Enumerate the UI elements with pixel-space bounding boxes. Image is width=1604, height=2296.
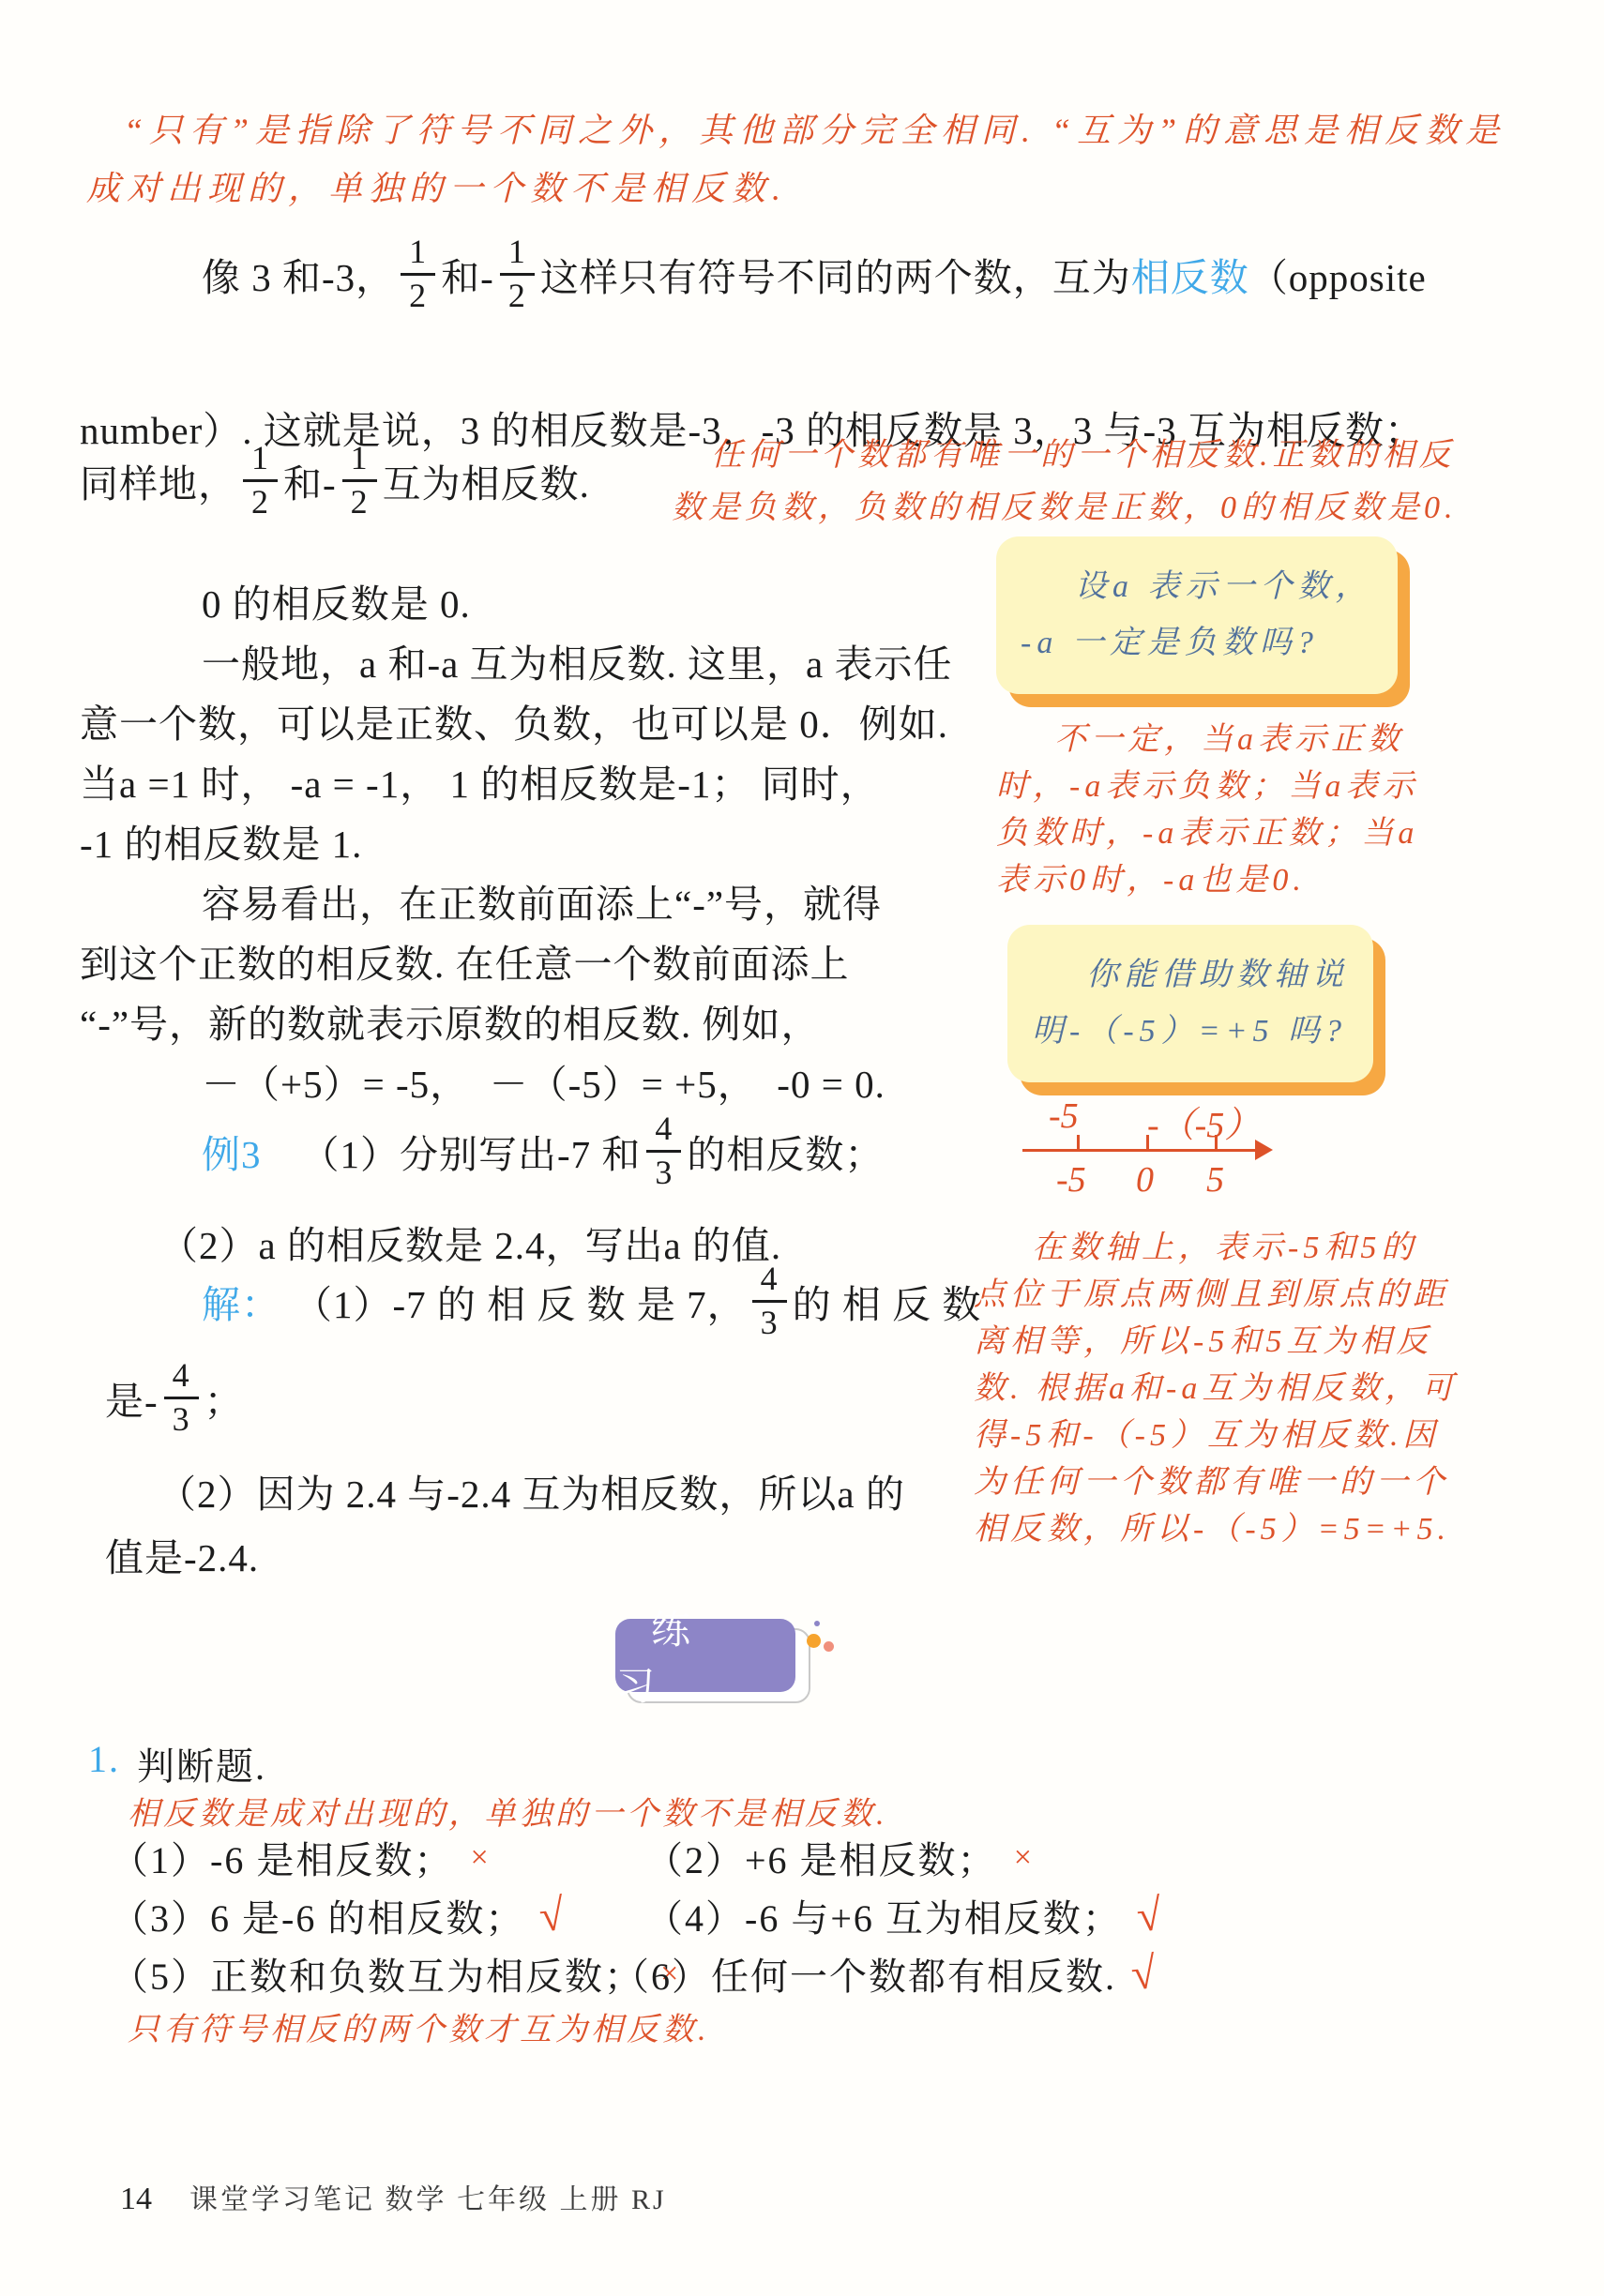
exercise1-item-2: （2）+6 是相反数； × [645,1831,1036,1884]
item-text: （6）任何一个数都有相反数. [612,1947,1116,2001]
text-run: 像 3 和-3， [202,247,395,302]
handwritten-note-only-sign: 只有符号相反的两个数才互为相反数. [128,2003,710,2049]
text-run: 互为相反数. [383,453,590,508]
body-line: 容易看出，在正数前面添上“-”号，就得 [80,874,953,934]
body-line: “-”号，新的数就表示原数的相反数. 例如， [80,994,953,1054]
decoration-dot-purple [814,1621,820,1626]
numberline-label-neg5-top: -5 [1049,1095,1079,1137]
numberline-axis [1022,1149,1257,1152]
body-line: 意一个数，可以是正数、负数，也可以是 0．例如. [80,694,953,754]
example3-line1: 例3 （1）分别写出-7 和 4 3 的相反数； [202,1111,884,1191]
item-text: （2）+6 是相反数； [645,1831,997,1884]
footer-text: 课堂学习笔记 数学 七年级 上册 RJ [189,2176,667,2217]
callout-line: -a 一定是负数吗? [1021,615,1373,672]
textbook-page: { "colors": { "handwriting_red": "#dd522… [0,0,1604,2296]
handwritten-note-top: “只有”是指除了符号不同之外，其他部分完全相同. “互为”的意思是相反数是 成对… [86,101,1521,218]
exercise1-item-1: （1）-6 是相反数； × [111,1831,492,1884]
fraction-one-half: 1 2 [342,441,377,521]
paragraph-opposite-def-line1: 像 3 和-3， 1 2 和- 1 2 这样只有符号不同的两个数，互为 相反数 … [202,234,1427,314]
solution-line2: 是- 4 3 ； [105,1358,244,1438]
page-footer: 14 课堂学习笔记 数学 七年级 上册 RJ [120,2176,667,2217]
note-line: 任何一个数都有唯一的一个相反数.正数的相反 [672,430,1458,482]
text-run: 和- [283,453,337,508]
exercise1-item-6: （6）任何一个数都有相反数. √ [612,1947,1158,2001]
fraction-one-half: 1 2 [243,441,278,521]
check-mark: √ [1128,1947,1160,2001]
answer-line: 得-5和-（-5）互为相反数.因 [974,1412,1458,1459]
decoration-dot-pink [824,1641,834,1652]
handwritten-note-unique-opposite: 任何一个数都有唯一的一个相反数.正数的相反 数是负数，负数的相反数是正数，0的相… [672,430,1458,535]
item-text: （1）-6 是相反数； [111,1831,453,1884]
decoration-dot-orange [807,1634,821,1648]
item-text: （4）-6 与+6 互为相反数； [645,1889,1122,1942]
example3-label: 例3 [202,1124,262,1179]
practice-button: 练 习 [615,1619,795,1692]
fraction-one-half: 1 2 [401,234,435,314]
handwritten-answer-number-axis: 在数轴上，表示-5和5的 点位于原点两侧且到原点的距 离相等，所以-5和5互为相… [974,1225,1458,1553]
handwritten-answer-not-necessarily: 不一定，当a表示正数 时，-a表示负数；当a表示 负数时，-a表示正数；当a 表… [996,717,1418,904]
body-line: -1 的相反数是 1. [80,814,953,874]
text-run: （1）分别写出-7 和 [301,1124,642,1179]
answer-line: 时，-a表示负数；当a表示 [996,763,1418,810]
text-run: ； [204,1370,244,1426]
answer-line: 不一定，当a表示正数 [996,717,1418,763]
callout-line: 你能借助数轴说 [1032,947,1349,1004]
page-number: 14 [120,2182,152,2217]
body-line: 当a =1 时， -a = -1， 1 的相反数是-1； 同时， [80,754,953,814]
answer-line: 离相等，所以-5和5互为相反 [974,1319,1458,1366]
numberline-tick-label: -5 [1056,1159,1086,1201]
numberline-tick-label: 5 [1206,1159,1224,1201]
note-line: “只有”是指除了符号不同之外，其他部分完全相同. “互为”的意思是相反数是 [86,101,1521,159]
text-run: 和- [441,247,494,302]
callout-box-number-axis: 你能借助数轴说 明-（-5）=+5 吗? [1007,925,1373,1082]
answer-line: 点位于原点两侧且到原点的距 [974,1272,1458,1319]
solution-line1: 解： （1）-7 的 相 反 数 是 7， 4 3 的 相 反 数 [202,1261,981,1341]
text-run: （1）-7 的 相 反 数 是 7， [294,1274,747,1329]
item-text: （3）6 是-6 的相反数； [111,1889,524,1942]
fraction-one-half: 1 2 [500,234,535,314]
solution-line4: 值是-2.4. [105,1527,259,1582]
numberline-tick [1146,1135,1149,1150]
fraction-four-thirds: 4 3 [164,1358,199,1438]
exercise1-title: 1. 判断题. [88,1737,266,1790]
callout-line: 设a 表示一个数， [1021,559,1373,615]
callout-line: 明-（-5）=+5 吗? [1032,1004,1349,1060]
numberline-arrow [1255,1140,1273,1160]
exercise1-item-5: （5）正数和负数互为相反数； × [111,1947,682,2001]
check-mark: √ [1134,1889,1166,1943]
cross-mark: × [1012,1840,1036,1876]
handwritten-note-pairs: 相反数是成对出现的，单独的一个数不是相反数. [128,1788,888,1834]
cross-mark: × [468,1840,492,1876]
numberline-tick [1077,1135,1080,1150]
answer-line: 数. 根据a和-a互为相反数，可 [974,1366,1458,1412]
practice-section-header: 练 习 [615,1619,795,1692]
exercise1-item-3: （3）6 是-6 的相反数； √ [111,1889,567,1942]
text-run: 是- [105,1370,159,1426]
term-opposite-number: 相反数 [1131,247,1249,302]
text-run: 的 相 反 数 [793,1274,982,1329]
body-line: 到这个正数的相反数. 在任意一个数前面添上 [80,934,953,994]
negation-formula-line: －（+5）= -5， －（-5）= +5， -0 = 0. [202,1054,953,1114]
solution-label: 解： [202,1274,280,1329]
fraction-four-thirds: 4 3 [752,1261,787,1341]
text-run: 同样地， [80,453,237,508]
numberline-tick [1215,1135,1218,1150]
numberline-tick-label: 0 [1136,1159,1154,1201]
numberline-label-neg-neg5-top: -（-5） [1147,1095,1260,1147]
exercise1-item-4: （4）-6 与+6 互为相反数； √ [645,1889,1163,1942]
note-line: 成对出现的，单独的一个数不是相反数. [86,159,1521,218]
check-mark: √ [537,1889,569,1943]
paragraph-opposite-def-line3: 同样地， 1 2 和- 1 2 互为相反数. [80,441,590,521]
fraction-four-thirds: 4 3 [646,1111,681,1191]
exercise1-title-text: 判断题. [137,1737,266,1790]
answer-line: 为任何一个数都有唯一的一个 [974,1459,1458,1506]
note-line: 数是负数，负数的相反数是正数，0的相反数是0. [672,482,1458,535]
exercise1-number: 1. [88,1737,120,1790]
answer-line: 相反数，所以-（-5）=5=+5. [974,1506,1458,1553]
text-run: （opposite [1249,247,1427,302]
answer-line: 表示0时，-a也是0. [996,857,1418,904]
answer-line: 负数时，-a表示正数；当a [996,810,1418,857]
practice-label: 练 习 [615,1599,795,1712]
body-line: 0 的相反数是 0. [80,574,953,634]
text-run: 这样只有符号不同的两个数，互为 [540,247,1131,302]
text-run: 的相反数； [687,1124,884,1179]
answer-line: 在数轴上，表示-5和5的 [974,1225,1458,1272]
callout-box-is-neg-a-negative: 设a 表示一个数， -a 一定是负数吗? [996,536,1398,694]
main-paragraphs: 0 的相反数是 0. 一般地，a 和-a 互为相反数. 这里，a 表示任 意一个… [80,574,953,1114]
number-line-figure: -5 -（-5） -5 0 5 [1022,1095,1294,1199]
item-text: （5）正数和负数互为相反数； [111,1947,643,2001]
solution-line3: （2）因为 2.4 与-2.4 互为相反数，所以a 的 [158,1463,905,1518]
body-line: 一般地，a 和-a 互为相反数. 这里，a 表示任 [80,634,953,694]
